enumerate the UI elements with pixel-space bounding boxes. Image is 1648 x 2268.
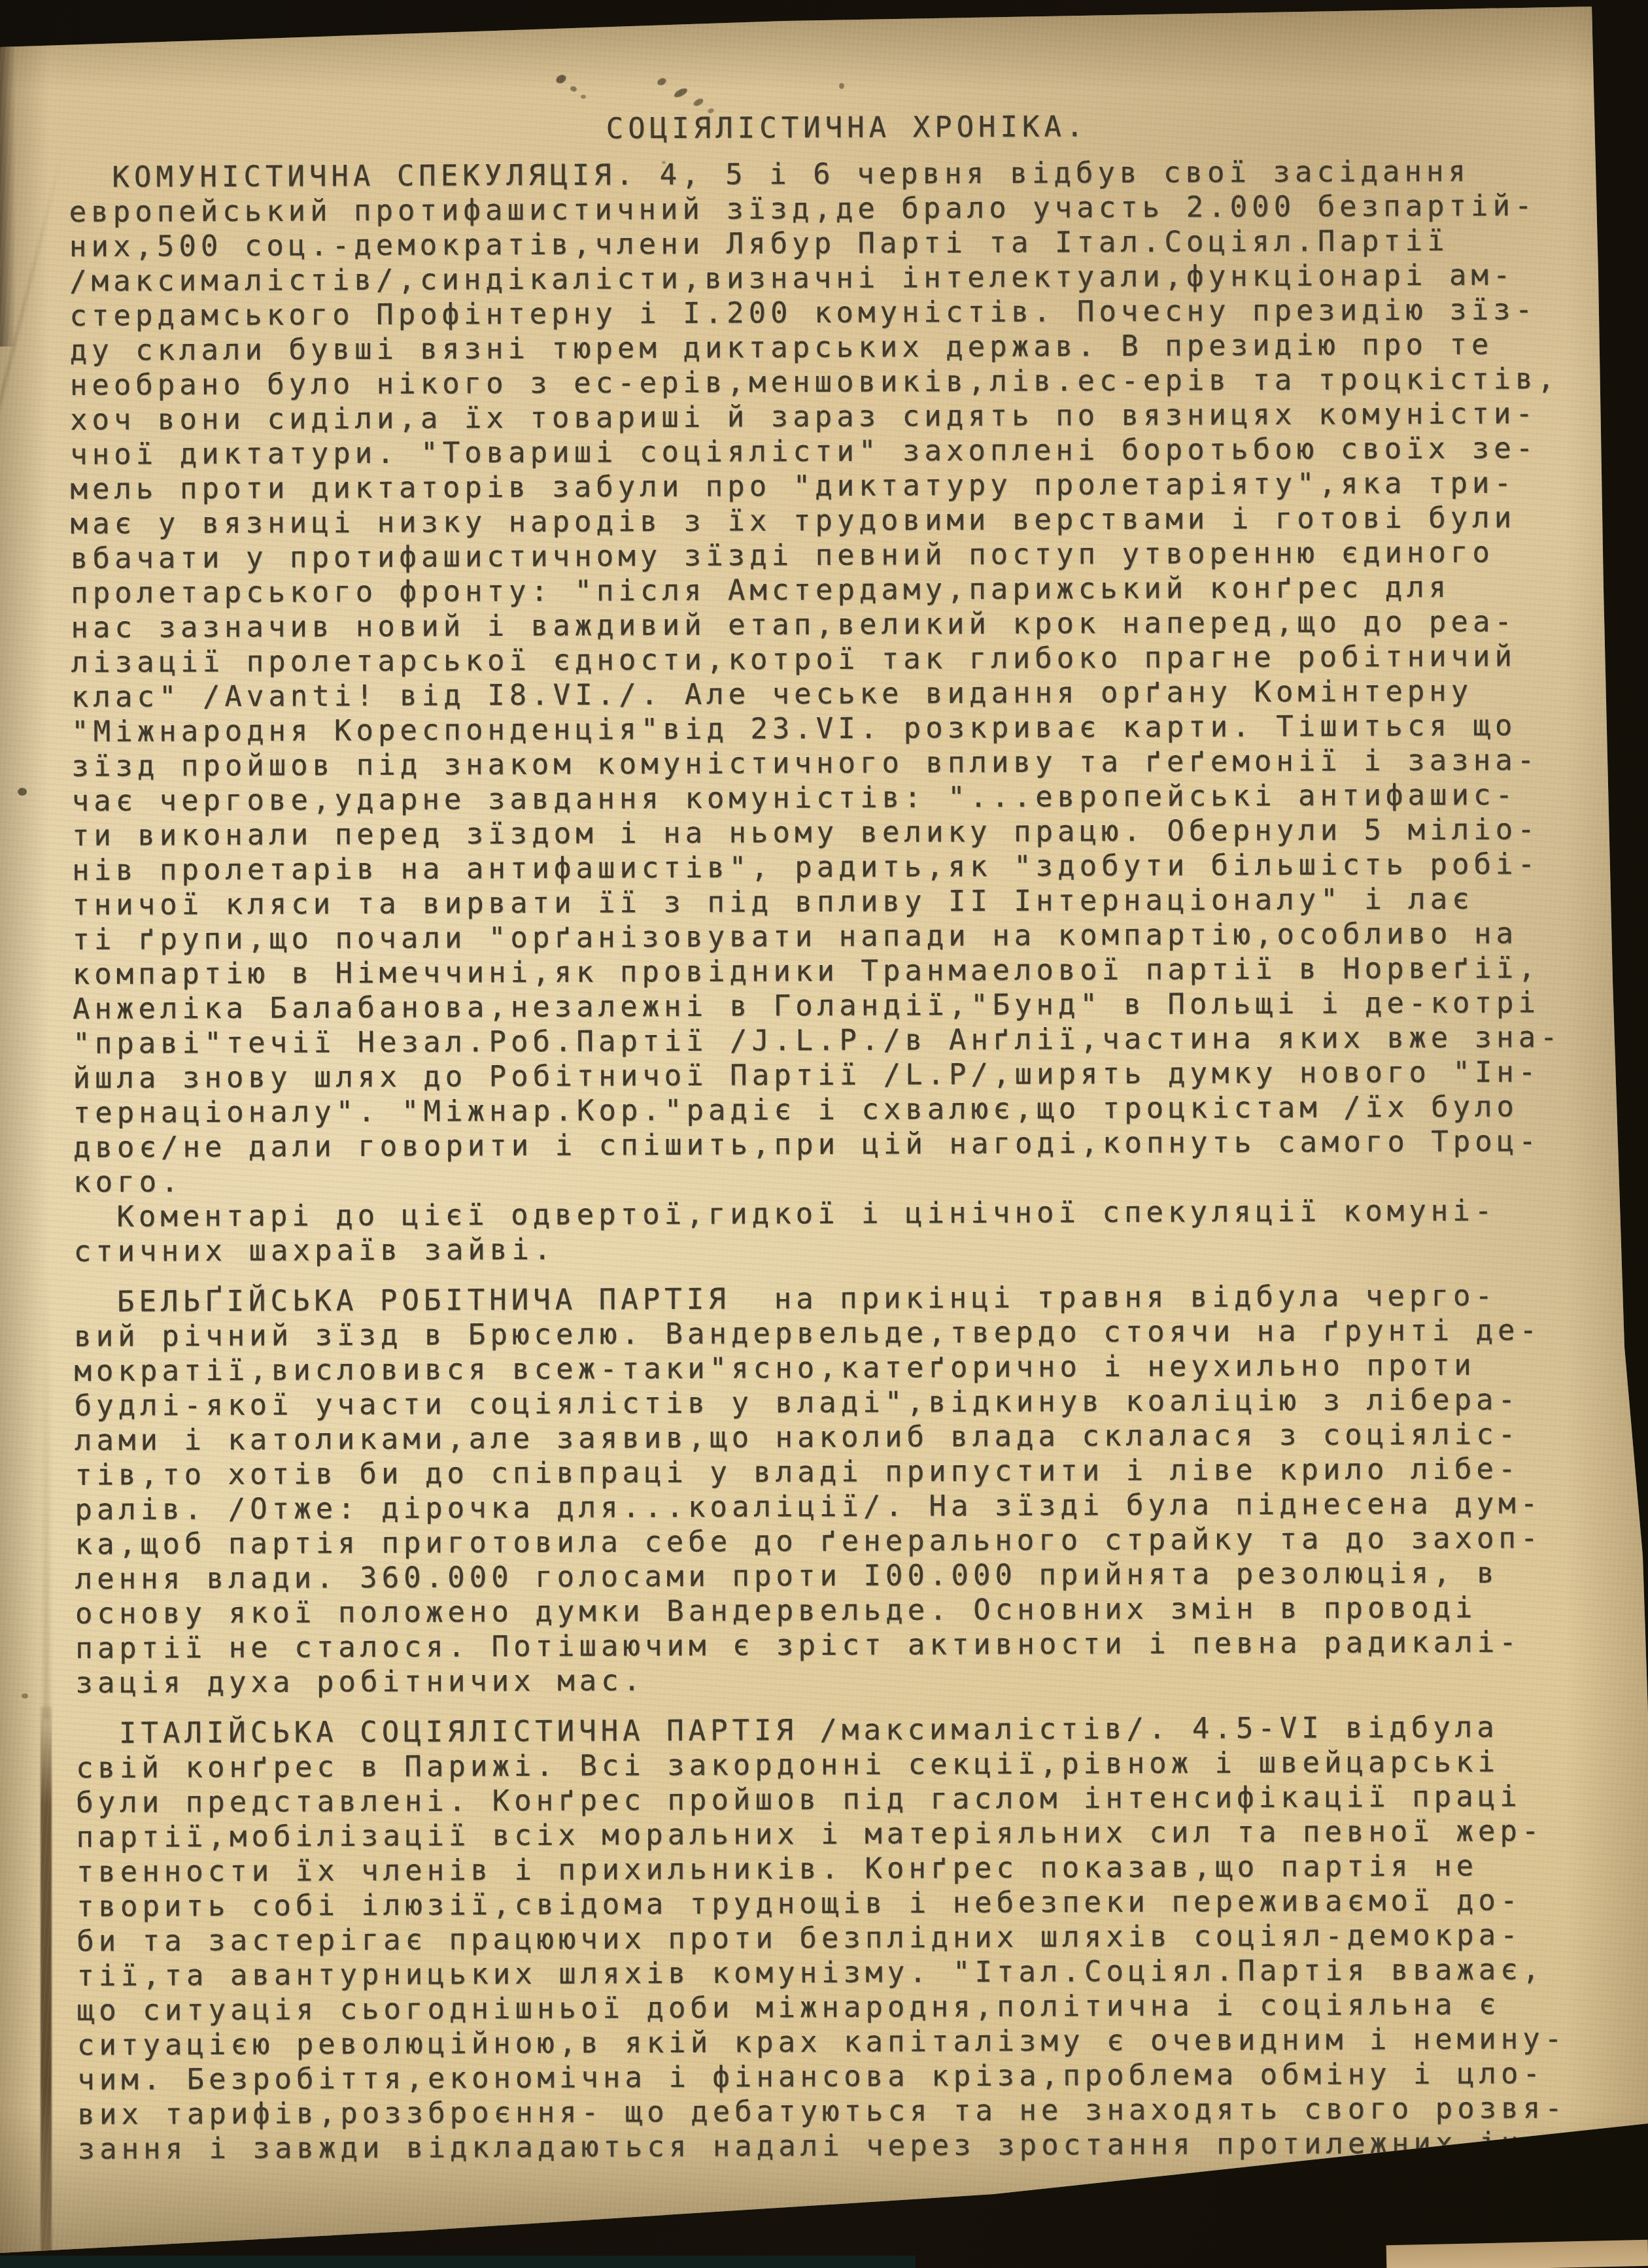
binding-shadow [43,1275,50,1719]
paragraph-belgian-labour-party: БЕЛЬҐІЙСЬКА РОБІТНИЧА ПАРТІЯ на прикінці… [74,1278,1587,1701]
text-line: зання і завжди відкладаються надалі чере… [77,2125,1588,2167]
paragraph-communist-speculation: КОМУНІСТИЧНА СПЕКУЛЯЦІЯ. 4, 5 і 6 червня… [69,154,1584,1200]
page-title: СОЦІЯЛІСТИЧНА ХРОНІКА. [69,107,1579,148]
paragraph-italian-socialist-party: ІТАЛІЙСЬКА СОЦІЯЛІСТИЧНА ПАРТІЯ /максима… [76,1710,1588,2167]
text-line: двоє/не дали говорити і спішить,при цій … [73,1124,1584,1165]
text-line: Коментарі до цієї одвертої,гидкої і ціні… [73,1193,1584,1234]
ink-stain [581,95,586,99]
ink-stain [839,83,844,89]
ink-stain [673,86,689,99]
text-line: зація духа робітничих мас. [75,1659,1586,1701]
text-line: партії не сталося. Потішаючим є зріст ак… [75,1625,1586,1666]
scanned-page: СОЦІЯЛІСТИЧНА ХРОНІКА. КОМУНІСТИЧНА СПЕК… [0,0,1648,2268]
book-board-edge [0,2256,916,2268]
paragraph-comments: Коментарі до цієї одвертої,гидкої і ціні… [73,1193,1584,1269]
under-page-edge [1386,2240,1648,2268]
text-line: стичних шахраїв зайві. [74,1228,1585,1269]
ink-stain [693,97,704,108]
typewritten-text: СОЦІЯЛІСТИЧНА ХРОНІКА. КОМУНІСТИЧНА СПЕК… [69,103,1588,2167]
page-edge-shadow [0,46,16,347]
ink-stain [18,788,27,796]
ink-stain [570,86,577,93]
ink-stain [22,1693,28,1699]
ink-stain [555,73,568,85]
page-paper: СОЦІЯЛІСТИЧНА ХРОНІКА. КОМУНІСТИЧНА СПЕК… [0,0,1648,2268]
binding-crease [41,1706,52,2252]
ink-stain [657,77,668,87]
